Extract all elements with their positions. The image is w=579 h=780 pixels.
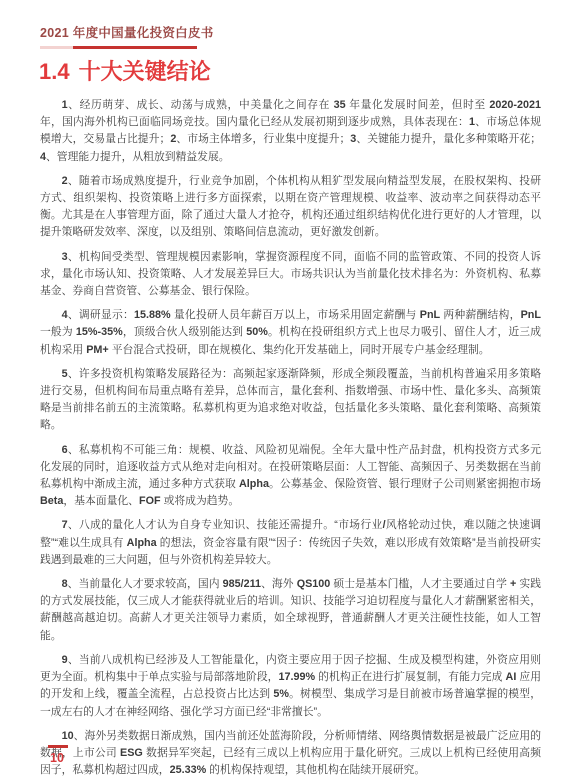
running-header: 2021 年度中国量化投资白皮书 <box>40 26 214 49</box>
paragraph-6: 6、私募机构不可能三角：规模、收益、风险初见端倪。全年大量中性产品封盘，机构投资… <box>40 442 541 511</box>
section-number: 1.4 <box>39 59 70 84</box>
section-heading: 1.4十大关键结论 <box>39 58 211 86</box>
paragraph-10: 10、海外另类数据日渐成熟，国内当前还处蓝海阶段，分析师情绪、网络舆情数据是被最… <box>40 728 541 780</box>
section-title: 十大关键结论 <box>79 59 211 84</box>
header-underline <box>40 46 197 49</box>
paragraph-5: 5、许多投资机构策略发展路径为：高频起家逐渐降频，形成全频段覆盖，当前机构普遍采… <box>40 366 541 435</box>
paragraph-4: 4、调研显示：15.88% 量化投研人员年薪百万以上，市场采用固定薪酬与 PnL… <box>40 307 541 359</box>
page-number: 10 <box>48 751 68 765</box>
paragraph-2: 2、随着市场成熟度提升，行业竞争加剧，个体机构从粗犷型发展向精益型发展，在股权架… <box>40 173 541 242</box>
paragraph-7: 7、八成的量化人才认为自身专业知识、技能还需提升。“市场行业/风格轮动过快，难以… <box>40 517 541 569</box>
document-page: 2021 年度中国量化投资白皮书 1.4十大关键结论 1、经历萌芽、成长、动荡与… <box>0 0 579 780</box>
paragraph-3: 3、机构间受类型、管理规模因素影响，掌握资源程度不同，面临不同的监管政策、不同的… <box>40 249 541 301</box>
footer-rule <box>48 745 68 748</box>
body-content: 1、经历萌芽、成长、动荡与成熟，中美量化之间存在 35 年量化发展时间差，但时至… <box>40 97 541 780</box>
running-header-title: 2021 年度中国量化投资白皮书 <box>40 26 214 41</box>
header-underline-pink-segment <box>40 46 73 49</box>
paragraph-8: 8、当前量化人才要求较高，国内 985/211、海外 QS100 硕士是基本门槛… <box>40 576 541 645</box>
page-footer: 10 <box>48 745 68 765</box>
header-underline-red-segment <box>73 46 197 49</box>
paragraph-1: 1、经历萌芽、成长、动荡与成熟，中美量化之间存在 35 年量化发展时间差，但时至… <box>40 97 541 166</box>
paragraph-9: 9、当前八成机构已经涉及人工智能量化，内资主要应用于因子挖掘、生成及模型构建，外… <box>40 652 541 721</box>
